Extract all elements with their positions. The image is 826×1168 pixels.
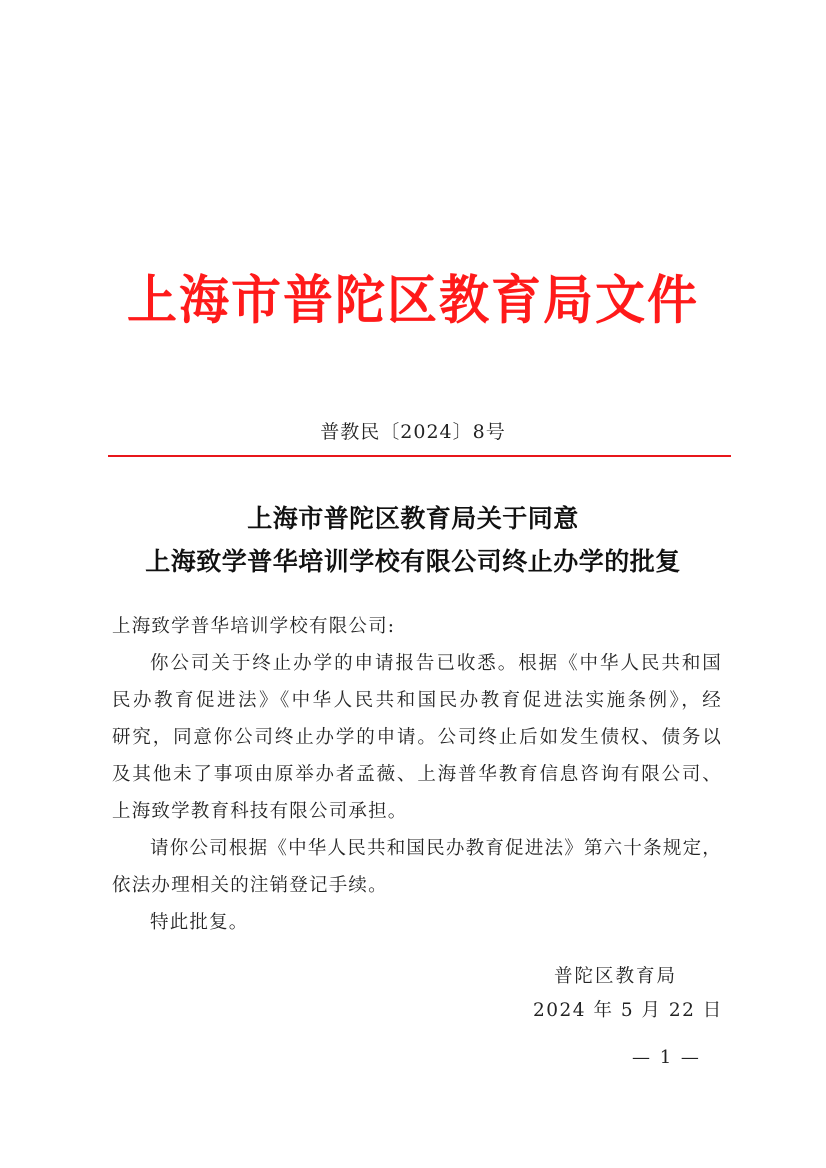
page-number: — 1 — — [632, 1044, 701, 1072]
addressee: 上海致学普华培训学校有限公司: — [112, 612, 722, 642]
body-line: 及其他未了事项由原举办者孟薇、上海普华教育信息咨询有限公司、 — [112, 760, 722, 790]
document-page: 上海市普陀区教育局文件 普教民〔2024〕8号 上海市普陀区教育局关于同意 上海… — [0, 0, 826, 1168]
issue-date: 2024 年 5 月 22 日 — [533, 996, 723, 1026]
issuer-signature: 普陀区教育局 — [554, 962, 677, 992]
body-line: 特此批复。 — [150, 908, 722, 938]
document-number: 普教民〔2024〕8号 — [0, 418, 826, 446]
document-heading-line-1: 上海市普陀区教育局关于同意 — [0, 502, 826, 536]
body-line: 研究，同意你公司终止办学的申请。公司终止后如发生债权、债务以 — [112, 723, 722, 753]
body-line: 民办教育促进法》《中华人民共和国民办教育促进法实施条例》，经 — [112, 686, 722, 716]
body-line: 上海致学教育科技有限公司承担。 — [112, 797, 722, 827]
body-line: 你公司关于终止办学的申请报告已收悉。根据《中华人民共和国 — [150, 649, 722, 679]
masthead-title: 上海市普陀区教育局文件 — [0, 266, 826, 333]
red-separator-line — [108, 455, 731, 457]
document-heading-line-2: 上海致学普华培训学校有限公司终止办学的批复 — [0, 545, 826, 579]
body-line: 请你公司根据《中华人民共和国民办教育促进法》第六十条规定， — [150, 834, 722, 864]
body-line: 依法办理相关的注销登记手续。 — [112, 871, 722, 901]
